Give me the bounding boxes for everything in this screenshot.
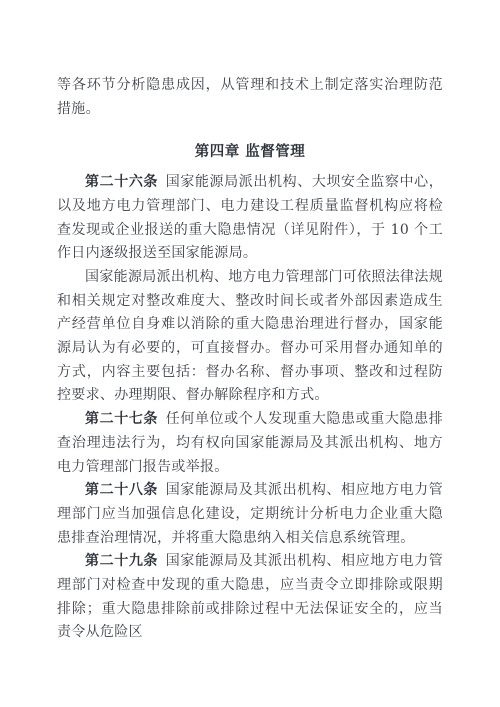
article-28-number: 第二十八条 — [85, 482, 158, 498]
article-29-number: 第二十九条 — [85, 553, 158, 569]
chapter-heading: 第四章 监督管理 — [57, 140, 443, 164]
paragraph-continuation: 等各环节分析隐患成因，从管理和技术上制定落实治理防范措施。 — [57, 74, 443, 121]
article-26-number: 第二十六条 — [85, 174, 158, 190]
article-26-paragraph: 第二十六条国家能源局派出机构、大坝安全监察中心，以及地方电力管理部门、电力建设工… — [57, 171, 443, 266]
article-27-paragraph: 第二十七条任何单位或个人发现重大隐患或重大隐患排查治理违法行为，均有权向国家能源… — [57, 408, 443, 479]
article-27-number: 第二十七条 — [85, 411, 158, 427]
document-page: 等各环节分析隐患成因，从管理和技术上制定落实治理防范措施。 第四章 监督管理 第… — [0, 0, 500, 707]
article-26-continuation-text: 国家能源局派出机构、地方电力管理部门可依照法律法规和相关规定对整改难度大、整改时… — [57, 269, 443, 404]
article-29-paragraph: 第二十九条国家能源局及其派出机构、相应地方电力管理部门对检查中发现的重大隐患，应… — [57, 550, 443, 645]
article-26-continuation-paragraph: 国家能源局派出机构、地方电力管理部门可依照法律法规和相关规定对整改难度大、整改时… — [57, 266, 443, 408]
article-28-paragraph: 第二十八条国家能源局及其派出机构、相应地方电力管理部门应当加强信息化建设，定期统… — [57, 479, 443, 550]
